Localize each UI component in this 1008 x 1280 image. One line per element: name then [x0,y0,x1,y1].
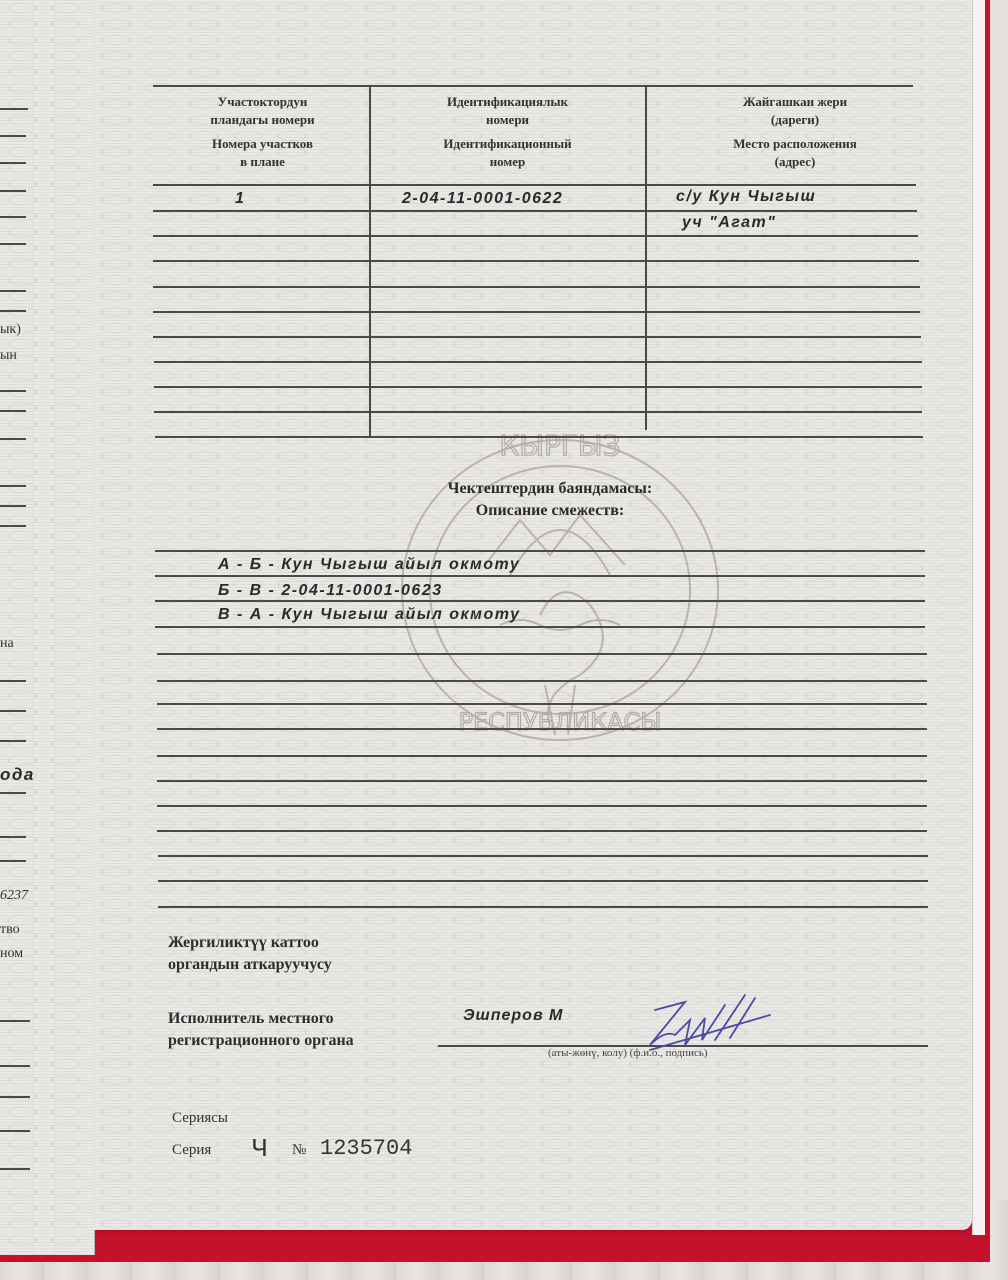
serial-number: 1235704 [320,1136,412,1161]
cell-address-line1: с/у Кун Чыгыш [676,188,816,206]
adjacency-title-ky: Чектештердин баяндамасы: [150,478,950,500]
adjacency-entry: Б - В - 2-04-11-0001-0623 [218,582,443,600]
adjacency-title-ru: Описание смежеств: [150,500,950,522]
left-handwritten-fragment: 6237 [0,888,28,904]
adjacency-entry: В - А - Кун Чыгыш айыл окмоту [218,606,521,624]
cell-plot-number: 1 [235,190,245,208]
number-sign: № [292,1142,306,1159]
left-fragment: ода [0,765,35,785]
left-page: ык) ын на ода 6237 тво ном [0,0,95,1255]
signature-label-ru: Исполнитель местного регистрационного ор… [168,1008,354,1052]
signatory-name: Эшперов М [463,1007,563,1025]
cell-address-line2: уч "Агат" [682,214,776,232]
page-stack-edge [972,0,985,1235]
left-fragment: ын [0,348,17,364]
cell-identification-number: 2-04-11-0001-0622 [402,190,563,208]
serial-label-ru: Серия [172,1142,211,1159]
header-identification-number: Идентификациялык номери Идентификационны… [375,93,640,171]
left-fragment: на [0,636,14,652]
header-plot-number: Участоктордун пландагы номери Номера уча… [160,93,365,171]
serial-series: Ч [252,1134,268,1164]
header-location: Жайгашкан жери (дареги) Место расположен… [660,93,930,171]
left-fragment: ном [0,946,23,962]
left-fragment: ык) [0,322,21,338]
adjacency-entry: А - Б - Кун Чыгыш айыл окмоту [218,556,520,574]
signature-label-ky: Жергиликтүү каттоо органдын аткаруучусу [168,932,332,976]
serial-label-ky: Сериясы [172,1110,228,1127]
left-fragment: тво [0,922,20,938]
handwritten-signature [630,990,790,1060]
